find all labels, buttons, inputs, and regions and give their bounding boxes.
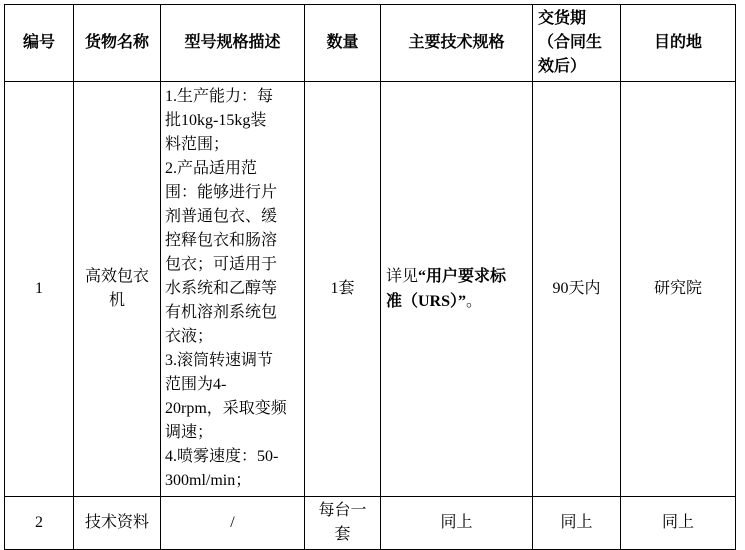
row1-delivery-cell: 90天内 [533,82,621,497]
header-model-spec: 型号规格描述 [161,5,305,82]
row2-quantity-cell: 每台一套 [305,497,381,550]
tech-spec-text-bold: 准（URS）” [386,293,466,310]
row1-quantity-cell: 1套 [305,82,381,497]
header-tech-spec: 主要技术规格 [381,5,533,82]
row2-number-cell: 2 [5,497,74,550]
row1-model-spec-cell: 1.生产能力：每 批10kg-15kg装 料范围； 2.产品适用范 围：能够进行… [161,82,305,497]
goods-table: 编号 货物名称 型号规格描述 数量 主要技术规格 交货期 （合同生 效后） 目的… [4,4,736,550]
tech-spec-text-normal: 。 [466,293,482,310]
row2-tech-spec-cell: 同上 [381,497,533,550]
row2-goods-name-cell: 技术资料 [74,497,161,550]
row2-model-spec-cell: / [161,497,305,550]
row1-tech-spec-cell: 详见“用户要求标准（URS）”。 [381,82,533,497]
header-number: 编号 [5,5,74,82]
row2-destination-cell: 同上 [621,497,736,550]
header-quantity: 数量 [305,5,381,82]
row1-number-cell: 1 [5,82,74,497]
tech-spec-text-normal: 详见 [386,268,418,285]
tech-spec-text-bold: “用户要求标 [418,268,506,285]
table-header-row: 编号 货物名称 型号规格描述 数量 主要技术规格 交货期 （合同生 效后） 目的… [5,5,736,82]
document-page: 编号 货物名称 型号规格描述 数量 主要技术规格 交货期 （合同生 效后） 目的… [0,0,745,544]
header-delivery: 交货期 （合同生 效后） [533,5,621,82]
table-row: 2 技术资料 / 每台一套 同上 同上 同上 [5,497,736,550]
row1-destination-cell: 研究院 [621,82,736,497]
row2-delivery-cell: 同上 [533,497,621,550]
table-row: 1 高效包衣机 1.生产能力：每 批10kg-15kg装 料范围； 2.产品适用… [5,82,736,497]
header-destination: 目的地 [621,5,736,82]
row1-goods-name-cell: 高效包衣机 [74,82,161,497]
header-goods-name: 货物名称 [74,5,161,82]
